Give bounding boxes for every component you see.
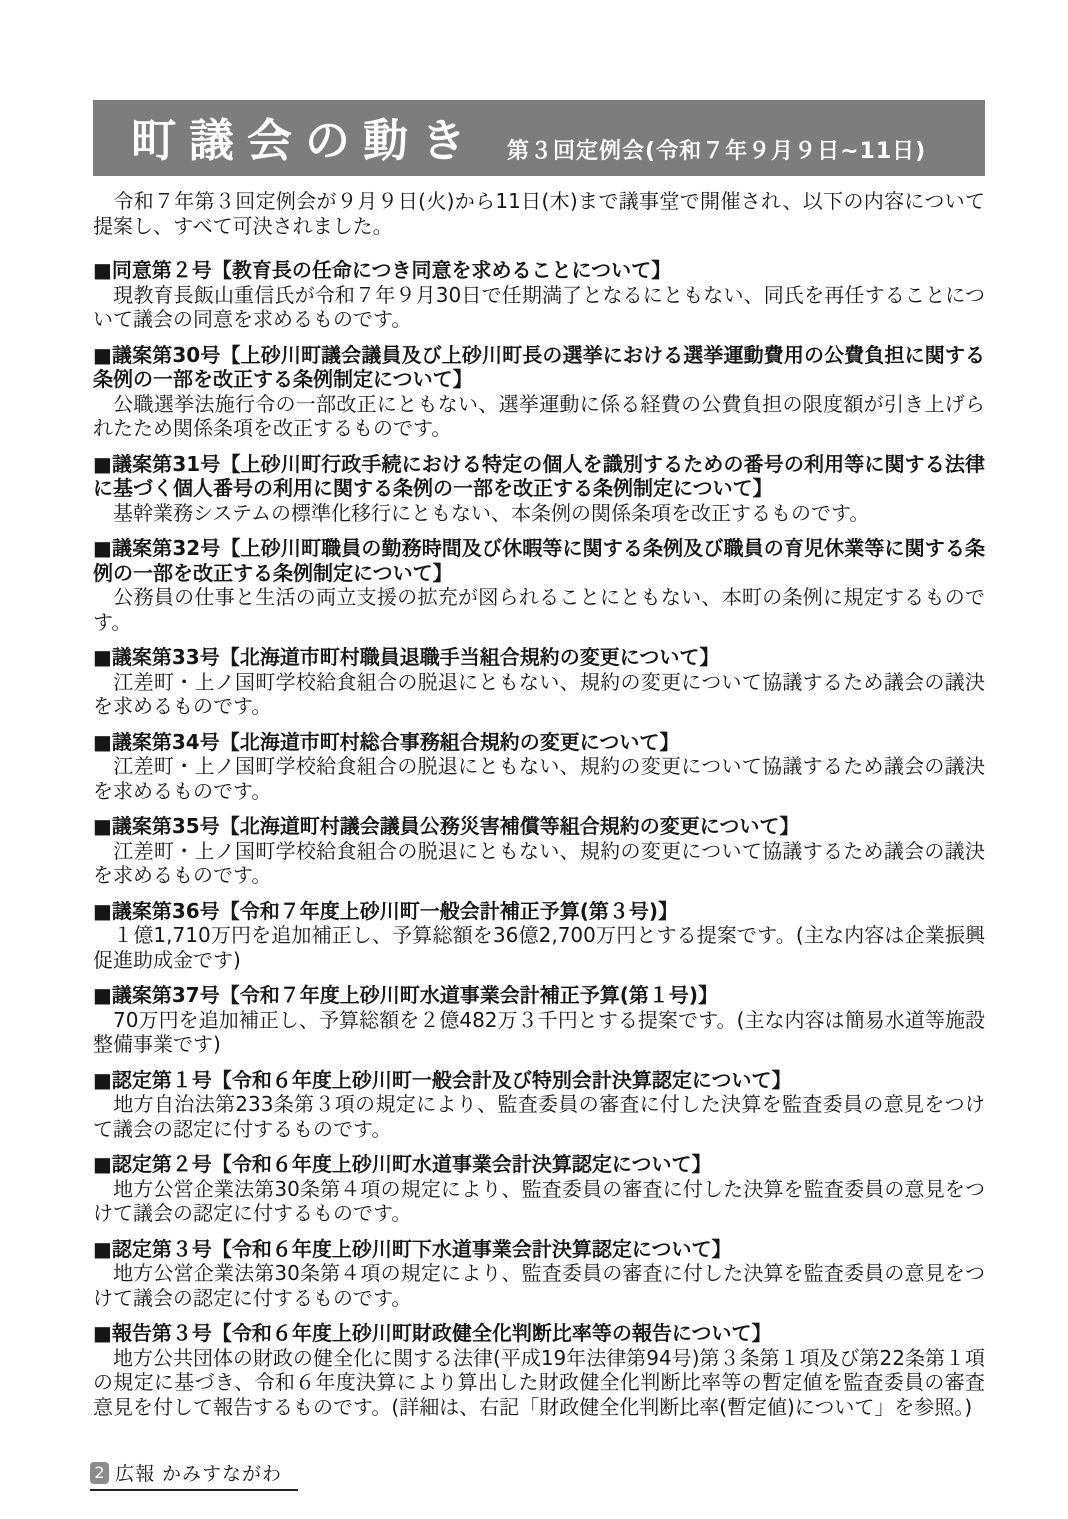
page-number-badge: 2 xyxy=(90,1462,109,1484)
section-body: 基幹業務システムの標準化移行にともない、本条例の関係条項を改正するものです。 xyxy=(93,501,985,526)
agenda-section: ■議案第35号【北海道町村議会議員公務災害補償等組合規約の変更について】 江差町… xyxy=(93,814,985,888)
section-heading: ■認定第３号【令和６年度上砂川町下水道事業会計決算認定について】 xyxy=(93,1237,985,1262)
agenda-section: ■認定第２号【令和６年度上砂川町水道事業会計決算認定について】 地方公営企業法第… xyxy=(93,1152,985,1226)
section-heading: ■議案第33号【北海道市町村職員退職手当組合規約の変更について】 xyxy=(93,645,985,670)
intro-paragraph: 令和７年第３回定例会が９月９日(火)から11日(木)まで議事堂で開催され、以下の… xyxy=(93,189,985,238)
session-subtitle: 第３回定例会(令和７年９月９日~11日) xyxy=(507,134,926,176)
section-body: 江差町・上ノ国町学校給食組合の脱退にともない、規約の変更について協議するため議会… xyxy=(93,839,985,888)
section-heading: ■議案第35号【北海道町村議会議員公務災害補償等組合規約の変更について】 xyxy=(93,814,985,839)
section-body: 地方公共団体の財政の健全化に関する法律(平成19年法律第94号)第３条第１項及び… xyxy=(93,1346,985,1420)
page-footer: 2 広報 かみすながわ xyxy=(90,1459,298,1491)
agenda-section: ■議案第30号【上砂川町議会議員及び上砂川町長の選挙における選挙運動費用の公費負… xyxy=(93,343,985,441)
section-body: 江差町・上ノ国町学校給食組合の脱退にともない、規約の変更について協議するため議会… xyxy=(93,670,985,719)
section-heading: ■議案第37号【令和７年度上砂川町水道事業会計補正予算(第１号)】 xyxy=(93,983,985,1008)
section-heading: ■議案第32号【上砂川町職員の勤務時間及び休暇等に関する条例及び職員の育児休業等… xyxy=(93,536,985,585)
agenda-section: ■議案第36号【令和７年度上砂川町一般会計補正予算(第３号)】 １億1,710万… xyxy=(93,899,985,973)
page-content: 町議会の動き 第３回定例会(令和７年９月９日~11日) 令和７年第３回定例会が９… xyxy=(93,100,985,1419)
agenda-section: ■議案第37号【令和７年度上砂川町水道事業会計補正予算(第１号)】 70万円を追… xyxy=(93,983,985,1057)
section-heading: ■議案第34号【北海道市町村総合事務組合規約の変更について】 xyxy=(93,730,985,755)
section-heading: ■認定第１号【令和６年度上砂川町一般会計及び特別会計決算認定について】 xyxy=(93,1068,985,1093)
section-heading: ■認定第２号【令和６年度上砂川町水道事業会計決算認定について】 xyxy=(93,1152,985,1177)
section-heading: ■議案第31号【上砂川町行政手続における特定の個人を識別するための番号の利用等に… xyxy=(93,452,985,501)
newsletter-page: 町議会の動き 第３回定例会(令和７年９月９日~11日) 令和７年第３回定例会が９… xyxy=(0,0,1068,1519)
agenda-section: ■認定第３号【令和６年度上砂川町下水道事業会計決算認定について】 地方公営企業法… xyxy=(93,1237,985,1311)
section-body: 地方自治法第233条第３項の規定により、監査委員の審査に付した決算を監査委員の意… xyxy=(93,1092,985,1141)
section-body: 地方公営企業法第30条第４項の規定により、監査委員の審査に付した決算を監査委員の… xyxy=(93,1177,985,1226)
header-band: 町議会の動き 第３回定例会(令和７年９月９日~11日) xyxy=(93,100,985,176)
agenda-section: ■議案第34号【北海道市町村総合事務組合規約の変更について】 江差町・上ノ国町学… xyxy=(93,730,985,804)
section-body: 公務員の仕事と生活の両立支援の拡充が図られることにともない、本町の条例に規定する… xyxy=(93,585,985,634)
section-body: １億1,710万円を追加補正し、予算総額を36億2,700万円とする提案です。(… xyxy=(93,923,985,972)
section-heading: ■報告第３号【令和６年度上砂川町財政健全化判断比率等の報告について】 xyxy=(93,1321,985,1346)
section-heading: ■議案第30号【上砂川町議会議員及び上砂川町長の選挙における選挙運動費用の公費負… xyxy=(93,343,985,392)
publication-title: 広報 かみすながわ xyxy=(115,1459,282,1486)
section-body: 現教育長飯山重信氏が令和７年９月30日で任期満了となるにともない、同氏を再任する… xyxy=(93,283,985,332)
page-title: 町議会の動き xyxy=(131,106,479,176)
section-body: 地方公営企業法第30条第４項の規定により、監査委員の審査に付した決算を監査委員の… xyxy=(93,1261,985,1310)
section-body: 公職選挙法施行令の一部改正にともない、選挙運動に係る経費の公費負担の限度額が引き… xyxy=(93,392,985,441)
section-body: 江差町・上ノ国町学校給食組合の脱退にともない、規約の変更について協議するため議会… xyxy=(93,754,985,803)
agenda-section: ■同意第２号【教育長の任命につき同意を求めることについて】 現教育長飯山重信氏が… xyxy=(93,258,985,332)
section-heading: ■同意第２号【教育長の任命につき同意を求めることについて】 xyxy=(93,258,985,283)
agenda-section: ■議案第31号【上砂川町行政手続における特定の個人を識別するための番号の利用等に… xyxy=(93,452,985,526)
agenda-section: ■議案第32号【上砂川町職員の勤務時間及び休暇等に関する条例及び職員の育児休業等… xyxy=(93,536,985,634)
agenda-section: ■議案第33号【北海道市町村職員退職手当組合規約の変更について】 江差町・上ノ国… xyxy=(93,645,985,719)
agenda-section: ■認定第１号【令和６年度上砂川町一般会計及び特別会計決算認定について】 地方自治… xyxy=(93,1068,985,1142)
section-heading: ■議案第36号【令和７年度上砂川町一般会計補正予算(第３号)】 xyxy=(93,899,985,924)
agenda-section: ■報告第３号【令和６年度上砂川町財政健全化判断比率等の報告について】 地方公共団… xyxy=(93,1321,985,1419)
section-body: 70万円を追加補正し、予算総額を２億482万３千円とする提案です。(主な内容は簡… xyxy=(93,1008,985,1057)
